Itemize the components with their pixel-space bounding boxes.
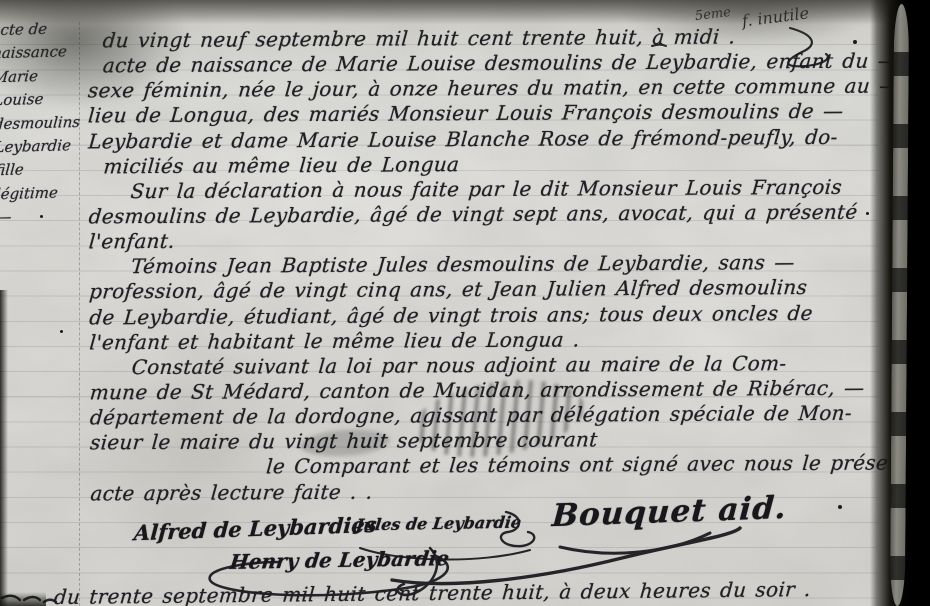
ink-bleed-smudge bbox=[410, 368, 590, 468]
act-text-line: Leybardie et dame Marie Louise Blanche R… bbox=[87, 124, 877, 154]
paper-highlight bbox=[120, 60, 540, 320]
act-text-line: du vingt neuf septembre mil huit cent tr… bbox=[87, 24, 877, 54]
signature-bouquet-adjoint: Bouquet aid. bbox=[551, 490, 788, 534]
margin-note-line: desmoulins bbox=[0, 110, 87, 136]
ink-bleed-smudge bbox=[299, 427, 391, 459]
act-text-line: de Leybardie, étudiant, âgé de vingt tro… bbox=[88, 300, 878, 330]
margin-note-line: naissance bbox=[0, 40, 85, 66]
ink-speck bbox=[866, 212, 869, 215]
act-text-line: profession, âgé de vingt cinq ans, et Je… bbox=[88, 275, 878, 305]
adjacent-page-edge bbox=[890, 4, 909, 606]
ink-speck bbox=[60, 330, 63, 333]
ink-speck bbox=[853, 40, 857, 44]
page-corner-shadow bbox=[0, 0, 190, 110]
act-text-line: sexe féminin, née le jour, à onze heures… bbox=[87, 74, 877, 104]
act-text-line: département de la dordogne, agissant par… bbox=[89, 401, 879, 431]
signature-alfred-de-leybardie: Alfred de Leybardies bbox=[133, 512, 377, 546]
annotation-folio-number: 5eme bbox=[694, 5, 732, 24]
margin-note-line: Louise bbox=[0, 87, 86, 113]
margin-annotation: acte denaissanceMarieLouisedesmoulinsLey… bbox=[0, 17, 89, 230]
margin-note-line: fille bbox=[0, 157, 88, 183]
page-edge-bottom-left bbox=[0, 592, 46, 606]
act-text-line: miciliés au même lieu de Longua bbox=[87, 149, 877, 179]
act-text-line: le Comparant et les témoins ont signé av… bbox=[89, 451, 879, 481]
annotation-note: f. inutile bbox=[741, 3, 810, 30]
act-text-line: l'enfant. bbox=[88, 225, 878, 255]
book-gutter bbox=[870, 0, 930, 606]
act-text-line: Constaté suivant la loi par nous adjoint… bbox=[89, 350, 879, 380]
page-edge-left bbox=[0, 290, 8, 606]
page-top-shadow bbox=[620, 0, 880, 46]
page-edge-top bbox=[0, 0, 930, 24]
margin-note-line: légitime bbox=[0, 181, 89, 207]
act-text-line: Sur la déclaration à nous faite par le d… bbox=[88, 174, 878, 204]
act-text-line: acte de naissance de Marie Louise desmou… bbox=[87, 49, 877, 79]
ink-speck bbox=[40, 215, 43, 218]
next-act-opening-line: du trente septembre mil huit cent trente… bbox=[53, 577, 812, 606]
act-text-line: mune de St Médard, canton de Mucidan, ar… bbox=[89, 376, 879, 406]
margin-note-line: Marie bbox=[0, 64, 86, 90]
margin-note-line: acte de bbox=[0, 17, 84, 43]
act-body-text: du vingt neuf septembre mil huit cent tr… bbox=[87, 24, 878, 506]
register-page: acte denaissanceMarieLouisedesmoulinsLey… bbox=[0, 0, 930, 606]
margin-note-line: — bbox=[0, 204, 89, 230]
margin-rule-line bbox=[79, 22, 80, 606]
act-text-line: desmoulins de Leybardie, âgé de vingt se… bbox=[88, 200, 878, 230]
margin-note-line: Leybardie bbox=[0, 134, 88, 160]
act-text-line: sieur le maire du vingt huit septembre c… bbox=[89, 426, 879, 456]
paper-highlight bbox=[560, 180, 880, 480]
signature-jules-de-leybardie: Jules de Leybardie bbox=[355, 513, 522, 535]
act-text-line: l'enfant et habitant le même lieu de Lon… bbox=[89, 325, 879, 355]
act-text-line: Témoins Jean Baptiste Jules desmoulins d… bbox=[88, 250, 878, 280]
signature-henry-de-leybardie: Henry de Leybardie bbox=[229, 546, 451, 574]
ink-speck bbox=[838, 505, 842, 509]
act-text-line: lieu de Longua, des mariés Monsieur Loui… bbox=[87, 99, 877, 129]
